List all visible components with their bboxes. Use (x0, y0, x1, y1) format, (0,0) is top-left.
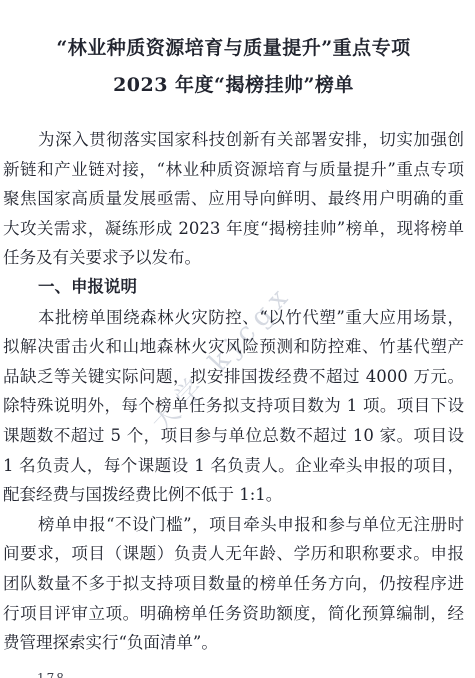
section1-paragraph-1: 本批榜单围绕森林火灾防控、“以竹代塑”重大应用场景，拟解决雷击火和山地森林火灾风… (3, 303, 464, 510)
intro-paragraph: 为深入贯彻落实国家科技创新有关部署安排，切实加强创新链和产业链对接，“林业种质资… (3, 125, 464, 273)
section-heading-application-notes: 一、申报说明 (3, 273, 464, 303)
document-page: 大学 kjcgx “林业种质资源培育与质量提升”重点专项 2023 年度“揭榜挂… (0, 0, 475, 678)
title-line-2: 2023 年度“揭榜挂帅”榜单 (3, 67, 464, 104)
title-line-1: “林业种质资源培育与质量提升”重点专项 (3, 30, 464, 67)
section1-paragraph-2: 榜单申报“不设门槛”，项目牵头申报和参与单位无注册时间要求，项目（课题）负责人无… (3, 510, 464, 658)
document-title: “林业种质资源培育与质量提升”重点专项 2023 年度“揭榜挂帅”榜单 (3, 30, 464, 104)
page-number: 178 (37, 672, 66, 678)
document-content: “林业种质资源培育与质量提升”重点专项 2023 年度“揭榜挂帅”榜单 为深入贯… (0, 0, 475, 658)
document-body: 为深入贯彻落实国家科技创新有关部署安排，切实加强创新链和产业链对接，“林业种质资… (3, 125, 464, 658)
